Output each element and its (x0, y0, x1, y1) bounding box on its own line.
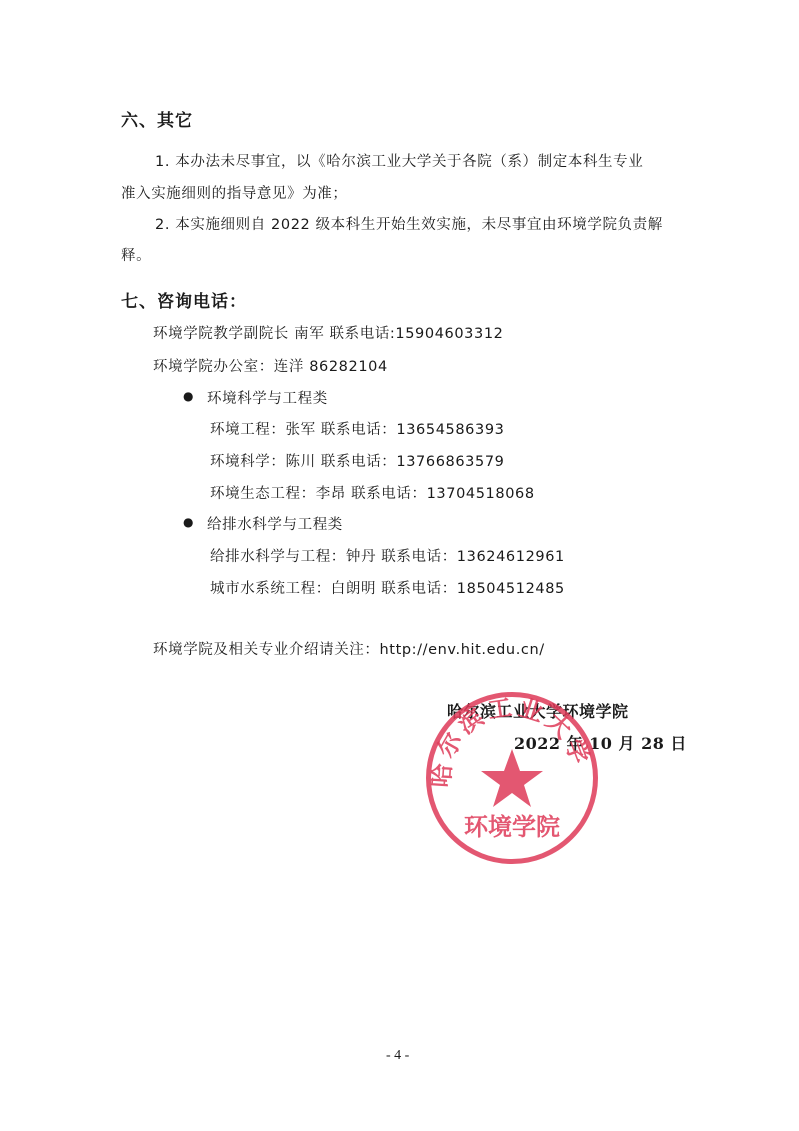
seal-bottom-text: 环境学院 (464, 812, 560, 841)
section-6-item-1-line-2: 准入实施细则的指导意见》为准； (121, 182, 348, 203)
section-6-item-2-line-2: 释。 (121, 244, 151, 265)
group-title-water-sci-eng: 给排水科学与工程类 (207, 513, 343, 534)
star-icon (481, 749, 543, 807)
section-6-item-1-line-1: 1. 本办法未尽事宜，以《哈尔滨工业大学关于各院（系）制定本科生专业 (155, 150, 643, 171)
contact-env-eng: 环境工程：张军 联系电话：13654586393 (210, 418, 505, 439)
signature-org: 哈尔滨工业大学环境学院 (447, 699, 629, 722)
contact-water-eng: 给排水科学与工程：钟丹 联系电话：13624612961 (210, 545, 565, 566)
contact-env-eco-eng: 环境生态工程：李昂 联系电话：13704518068 (210, 482, 535, 503)
contact-urban-water: 城市水系统工程：白朗明 联系电话：18504512485 (210, 577, 565, 598)
website-note: 环境学院及相关专业介绍请关注：http://env.hit.edu.cn/ (153, 638, 545, 659)
bullet-icon: ● (183, 389, 193, 403)
page-number: - 4 - (386, 1048, 409, 1064)
section-6-item-2-line-1: 2. 本实施细则自 2022 级本科生开始生效实施，未尽事宜由环境学院负责解 (155, 213, 663, 234)
signature-date: 2022 年 10 月 28 日 (514, 731, 687, 754)
group-title-env-sci-eng: 环境科学与工程类 (207, 387, 328, 408)
contact-env-sci: 环境科学：陈川 联系电话：13766863579 (210, 450, 505, 471)
bullet-icon: ● (183, 515, 193, 529)
contact-vice-dean: 环境学院教学副院长 南军 联系电话:15904603312 (153, 322, 503, 343)
contact-office: 环境学院办公室：连洋 86282104 (153, 355, 388, 376)
section-6-heading: 六、其它 (121, 106, 193, 131)
section-7-heading: 七、咨询电话： (121, 287, 247, 312)
